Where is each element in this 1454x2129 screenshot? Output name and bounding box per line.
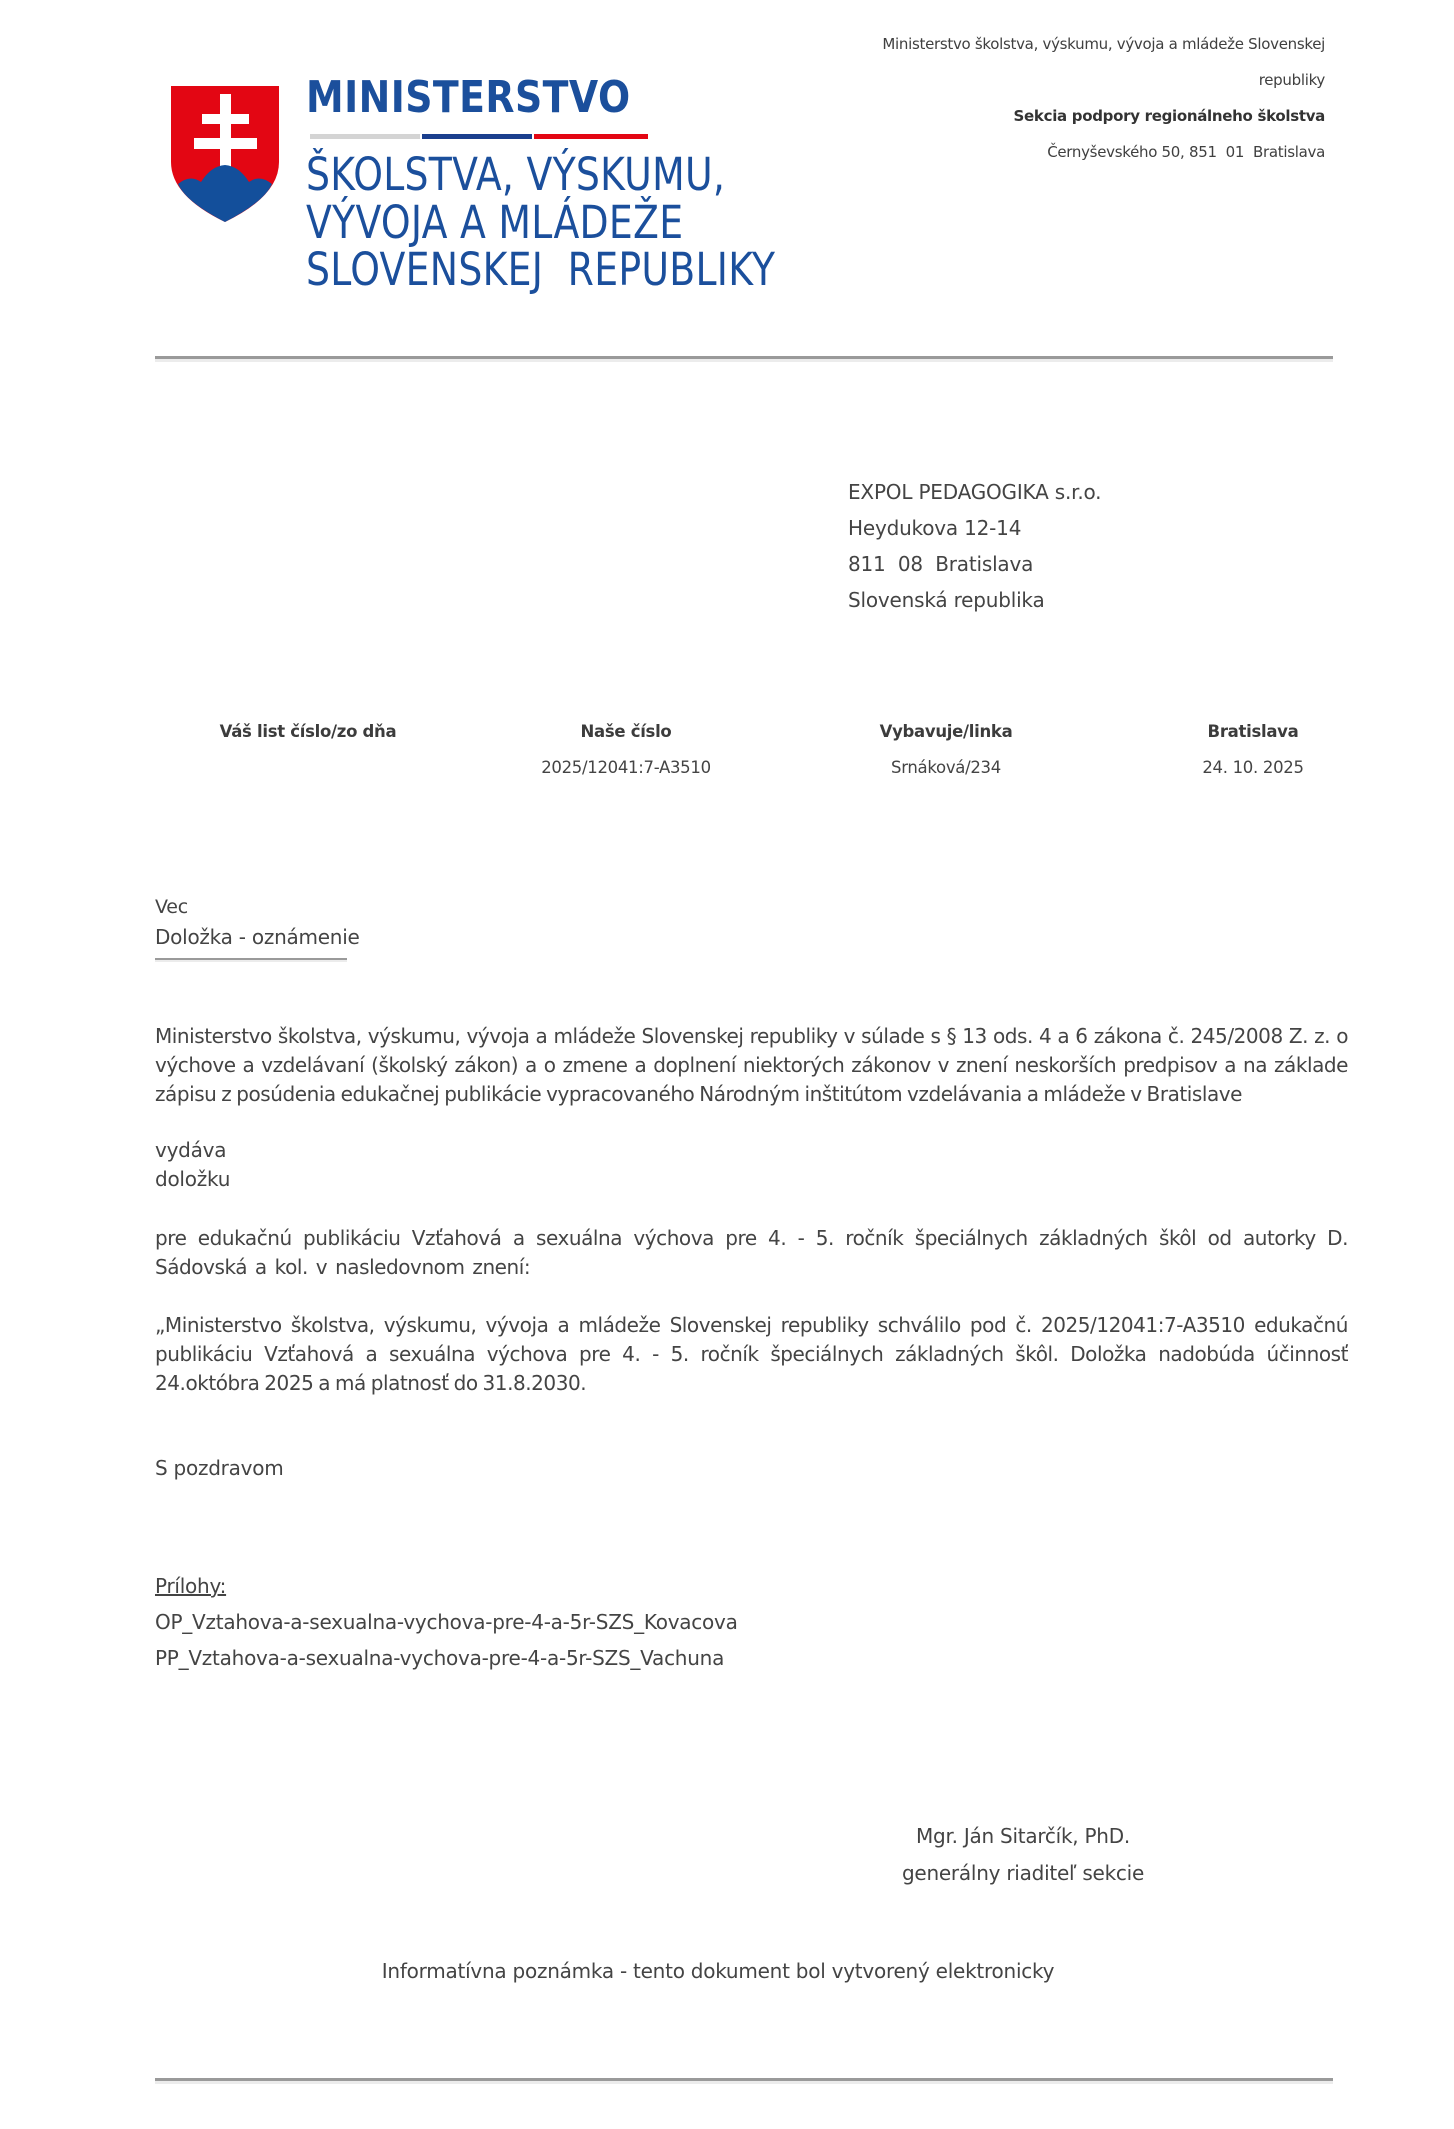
header-divider — [155, 356, 1333, 362]
ref-label: Naše číslo — [476, 722, 776, 741]
ref-col-handled-by: Vybavuje/linka Srnáková/234 — [796, 722, 1096, 778]
header-org-line-1: Ministerstvo školstva, výskumu, vývoja a… — [882, 35, 1325, 53]
signature-title: generálny riaditeľ sekcie — [823, 1861, 1223, 1885]
header-org-line-2: republiky — [1259, 71, 1325, 89]
header-section: Sekcia podpory regionálneho školstva — [1014, 107, 1325, 125]
ref-col-place-date: Bratislava 24. 10. 2025 — [1103, 722, 1403, 778]
attachments-label: Prílohy: — [155, 1574, 226, 1598]
greeting: S pozdravom — [155, 1456, 283, 1480]
recipient-city: 811 08 Bratislava — [848, 546, 1101, 582]
body-for-publication: pre edukačnú publikáciu Vzťahová a sexuá… — [155, 1224, 1348, 1282]
ref-label: Vybavuje/linka — [796, 722, 1096, 741]
body-quote: „Ministerstvo školstva, výskumu, vývoja … — [155, 1311, 1348, 1398]
for-publication-text: pre edukačnú publikáciu Vzťahová a sexuá… — [155, 1224, 1348, 1282]
subject-underline — [155, 958, 347, 962]
ref-value — [158, 758, 458, 778]
header-address: Černyševského 50, 851 01 Bratislava — [1047, 143, 1325, 161]
footer-divider — [155, 2078, 1333, 2084]
logo-line-republiky: SLOVENSKEJ REPUBLIKY — [306, 243, 775, 296]
recipient-name: EXPOL PEDAGOGIKA s.r.o. — [848, 474, 1101, 510]
ref-label: Váš list číslo/zo dňa — [158, 722, 458, 741]
signature-name: Mgr. Ján Sitarčík, PhD. — [823, 1824, 1223, 1848]
logo-tricolor-line — [310, 134, 420, 139]
subject-label: Vec — [155, 896, 188, 918]
ref-value: 24. 10. 2025 — [1103, 758, 1403, 778]
subject-value: Doložka - oznámenie — [155, 925, 360, 949]
logo-tricolor-line-blue — [422, 134, 532, 139]
recipient-street: Heydukova 12-14 — [848, 510, 1101, 546]
recipient-country: Slovenská republika — [848, 582, 1101, 618]
slovak-coat-of-arms-icon — [168, 84, 282, 224]
ref-col-our-number: Naše číslo 2025/12041:7-A3510 — [476, 722, 776, 778]
quote-text: „Ministerstvo školstva, výskumu, vývoja … — [155, 1311, 1348, 1398]
logo-line-vyvoja: VÝVOJA A MLÁDEŽE — [306, 196, 683, 249]
body-issues: vydáva — [155, 1138, 226, 1162]
logo-line-skolstva: ŠKOLSTVA, VÝSKUMU, — [306, 148, 725, 201]
intro-text: Ministerstvo školstva, výskumu, vývoja a… — [155, 1022, 1348, 1109]
logo-tricolor-line-red — [534, 134, 648, 139]
ref-col-your-letter: Váš list číslo/zo dňa — [158, 722, 458, 778]
body-clause: doložku — [155, 1167, 230, 1191]
logo-line-ministerstvo: MINISTERSTVO — [306, 72, 631, 123]
recipient-address: EXPOL PEDAGOGIKA s.r.o. Heydukova 12-14 … — [848, 474, 1101, 618]
ref-value: Srnáková/234 — [796, 758, 1096, 778]
body-intro: Ministerstvo školstva, výskumu, vývoja a… — [155, 1022, 1348, 1109]
footer-note: Informatívna poznámka - tento dokument b… — [318, 1959, 1118, 1983]
ref-value: 2025/12041:7-A3510 — [476, 758, 776, 778]
attachment-item: OP_Vztahova-a-sexualna-vychova-pre-4-a-5… — [155, 1610, 738, 1634]
ref-label: Bratislava — [1103, 722, 1403, 741]
attachment-item: PP_Vztahova-a-sexualna-vychova-pre-4-a-5… — [155, 1646, 724, 1670]
